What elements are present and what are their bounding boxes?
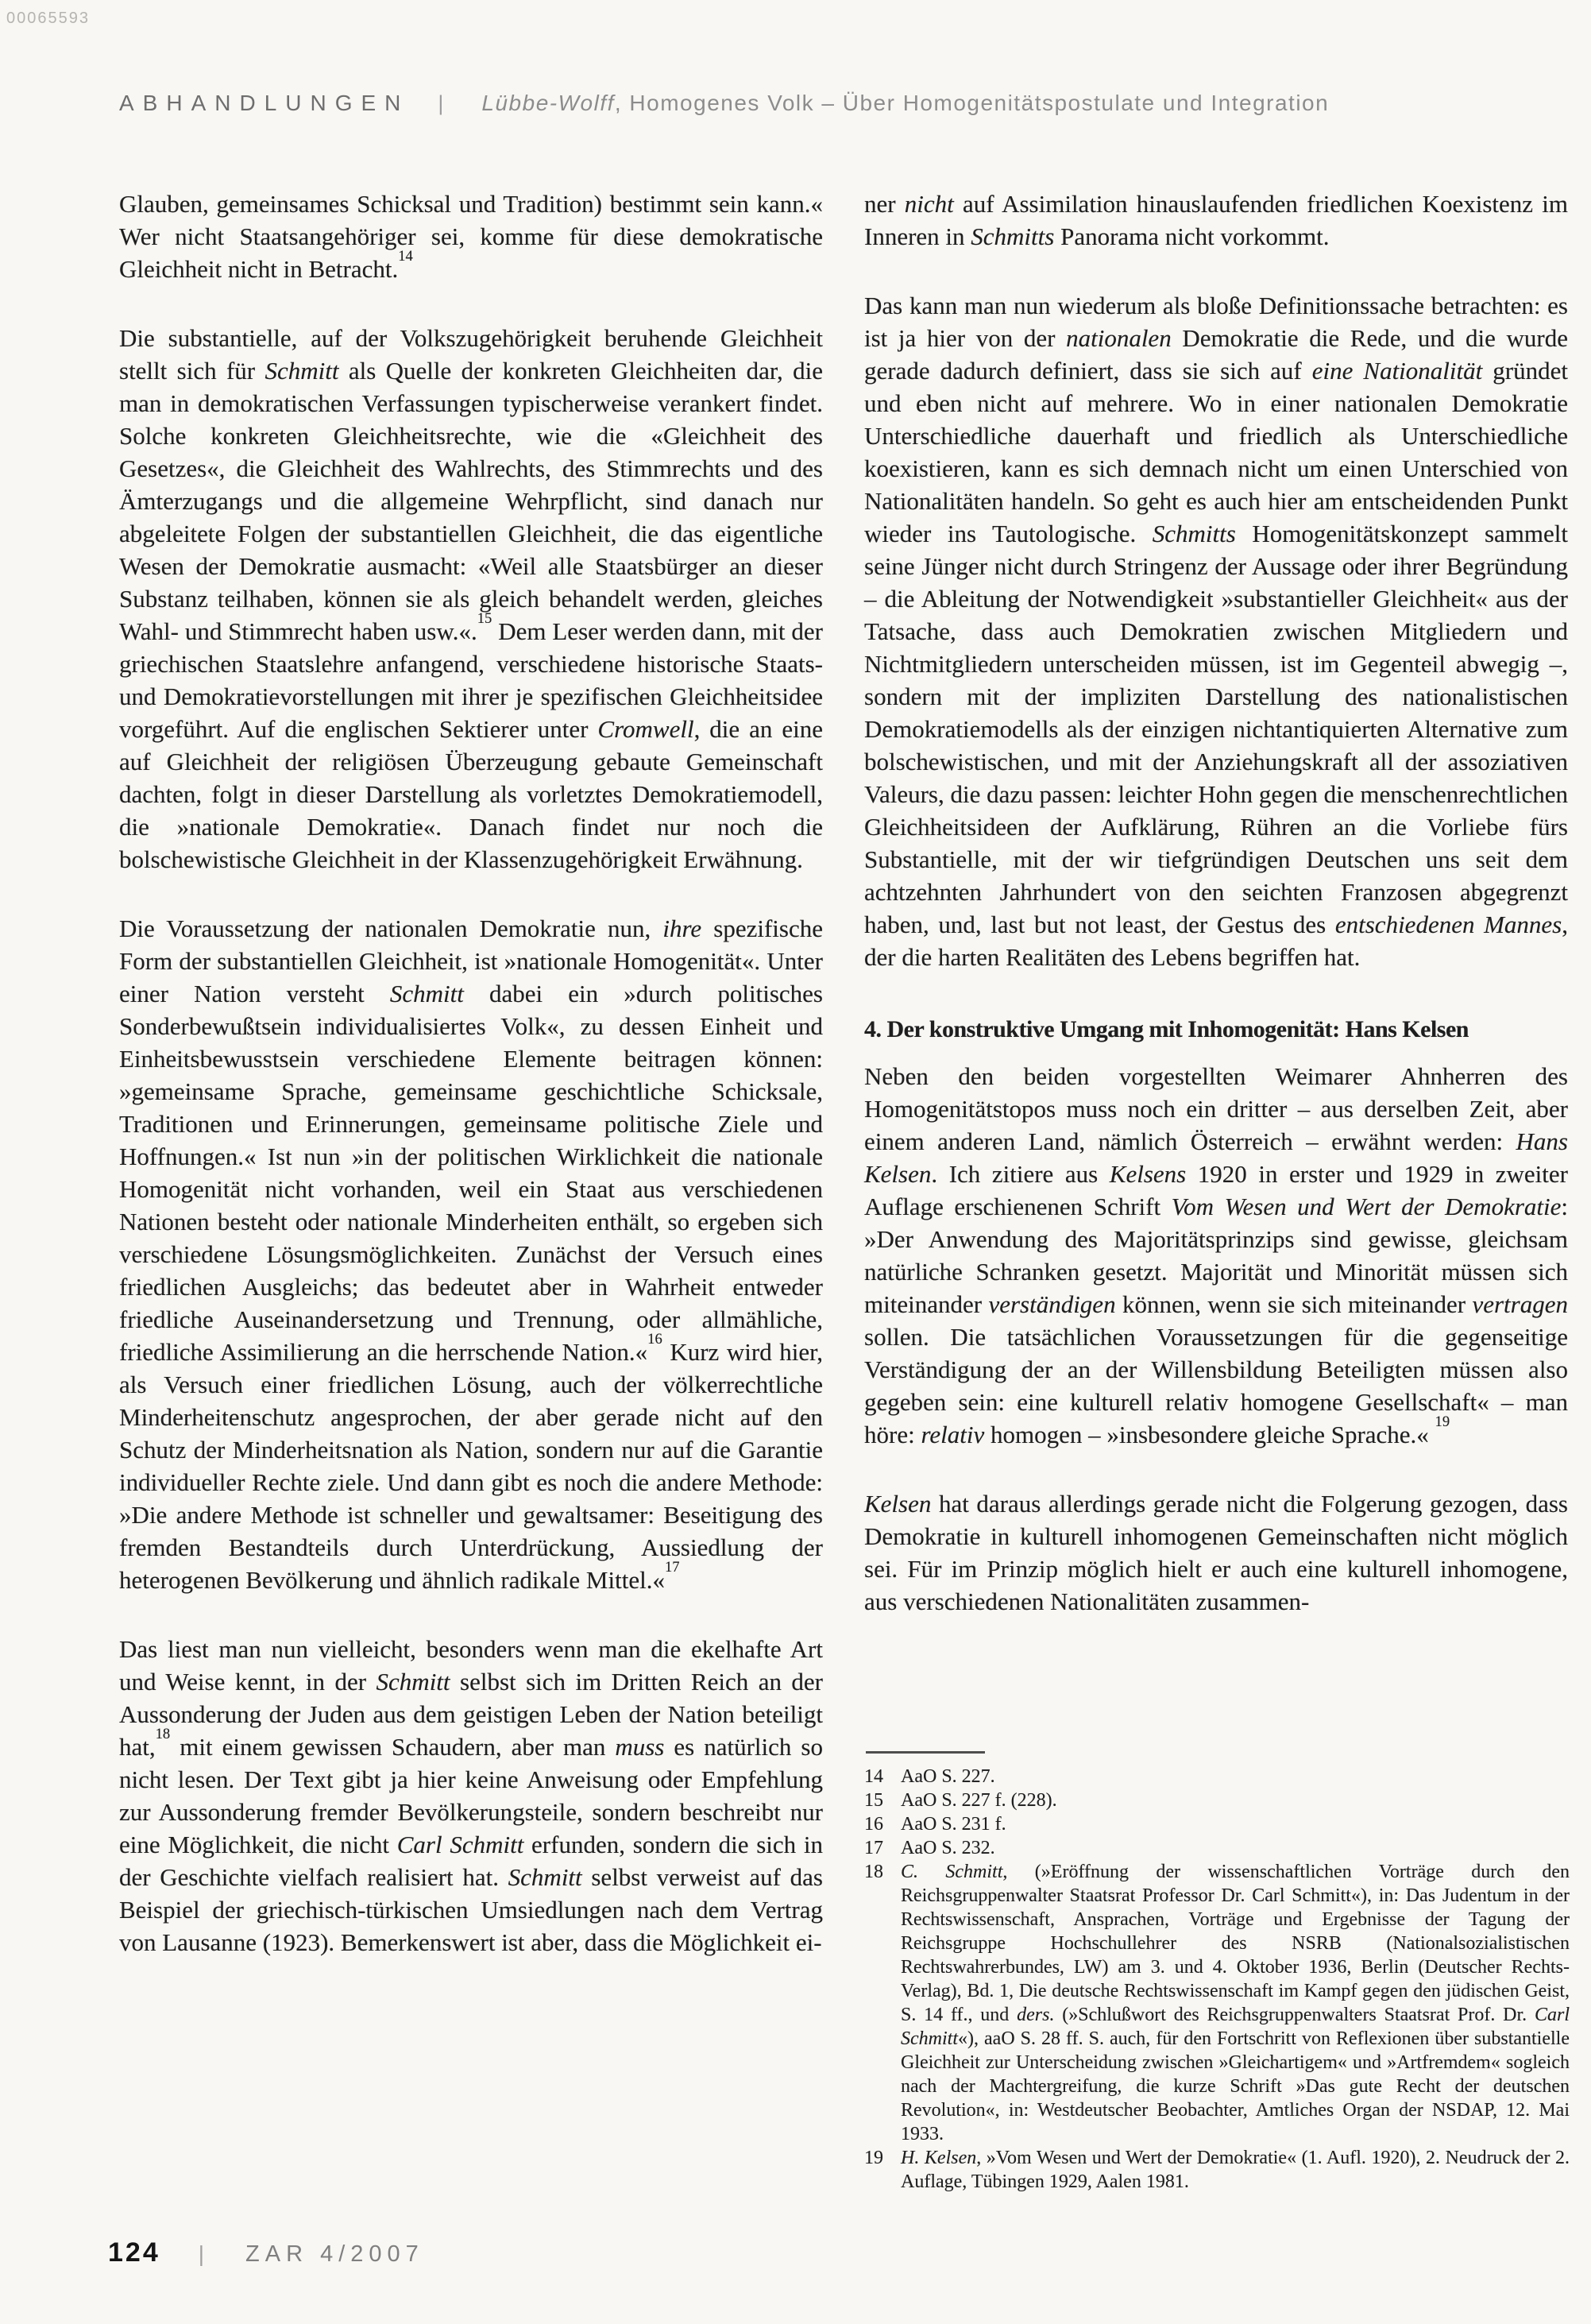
paragraph: Das liest man nun vielleicht, besonders …: [119, 1633, 823, 1959]
footnote-text: C. Schmitt, (»Eröffnung der wissenschaft…: [901, 1862, 1570, 2144]
running-title-rest: , Homogenes Volk – Über Homogenitätspost…: [615, 91, 1329, 115]
section-heading: 4. Der konstruktive Umgang mit Inhomogen…: [864, 1013, 1568, 1046]
footer-separator-bar: |: [199, 2241, 204, 2267]
footnote-item: 18C. Schmitt, (»Eröffnung der wissenscha…: [864, 1860, 1570, 2146]
header-separator-bar: |: [438, 91, 443, 116]
footnote-number: 16: [864, 1812, 901, 1836]
right-text-column: ner nicht auf Assimilation hinauslaufend…: [864, 188, 1568, 1618]
footnote-number: 19: [864, 2146, 901, 2170]
footnote-item: 15AaO S. 227 f. (228).: [864, 1788, 1570, 1812]
footnote-list: 14AaO S. 227.15AaO S. 227 f. (228).16AaO…: [864, 1765, 1570, 2194]
footnote-text: H. Kelsen, »Vom Wesen und Wert der Demok…: [901, 2148, 1570, 2192]
footnote-text: AaO S. 227 f. (228).: [901, 1790, 1057, 1811]
paragraph: Die substantielle, auf der Volkszugehöri…: [119, 322, 823, 876]
running-header: ABHANDLUNGEN | Lübbe-Wolff, Homogenes Vo…: [119, 91, 1329, 116]
paragraph: Die Voraussetzung der nationalen Demokra…: [119, 912, 823, 1596]
footnote-item: 19H. Kelsen, »Vom Wesen und Wert der Dem…: [864, 2146, 1570, 2194]
footnote-number: 17: [864, 1836, 901, 1860]
footnotes-section: 14AaO S. 227.15AaO S. 227 f. (228).16AaO…: [864, 1751, 1570, 2194]
journal-issue: ZAR 4/2007: [245, 2241, 424, 2268]
footnote-item: 14AaO S. 227.: [864, 1765, 1570, 1788]
footnote-text: AaO S. 227.: [901, 1766, 995, 1787]
paragraph: Neben den beiden vorgestellten Weimarer …: [864, 1060, 1568, 1451]
running-title-author: Lübbe-Wolff: [481, 91, 614, 115]
footnote-text: AaO S. 232.: [901, 1838, 995, 1858]
paragraph: ner nicht auf Assimilation hinauslaufend…: [864, 188, 1568, 253]
section-rubric: ABHANDLUNGEN: [119, 91, 409, 116]
footnote-text: AaO S. 231 f.: [901, 1814, 1006, 1835]
left-text-column: Glauben, gemeinsames Schicksal und Tradi…: [119, 188, 823, 1959]
footnote-number: 18: [864, 1860, 901, 1884]
paragraph: Glauben, gemeinsames Schicksal und Tradi…: [119, 188, 823, 285]
footnote-item: 16AaO S. 231 f.: [864, 1812, 1570, 1836]
footnote-item: 17AaO S. 232.: [864, 1836, 1570, 1860]
paragraph: Kelsen hat daraus allerdings gerade nich…: [864, 1487, 1568, 1618]
footnote-separator-rule: [866, 1751, 985, 1754]
running-title: Lübbe-Wolff, Homogenes Volk – Über Homog…: [481, 91, 1329, 116]
page-footer: 124 | ZAR 4/2007: [108, 2237, 424, 2268]
scanned-journal-page: 00065593 ABHANDLUNGEN | Lübbe-Wolff, Hom…: [0, 0, 1591, 2324]
page-number: 124: [108, 2237, 160, 2268]
footnote-number: 15: [864, 1788, 901, 1812]
paragraph: Das kann man nun wiederum als bloße Defi…: [864, 289, 1568, 973]
scan-serial-number: 00065593: [6, 10, 90, 28]
footnote-number: 14: [864, 1765, 901, 1788]
